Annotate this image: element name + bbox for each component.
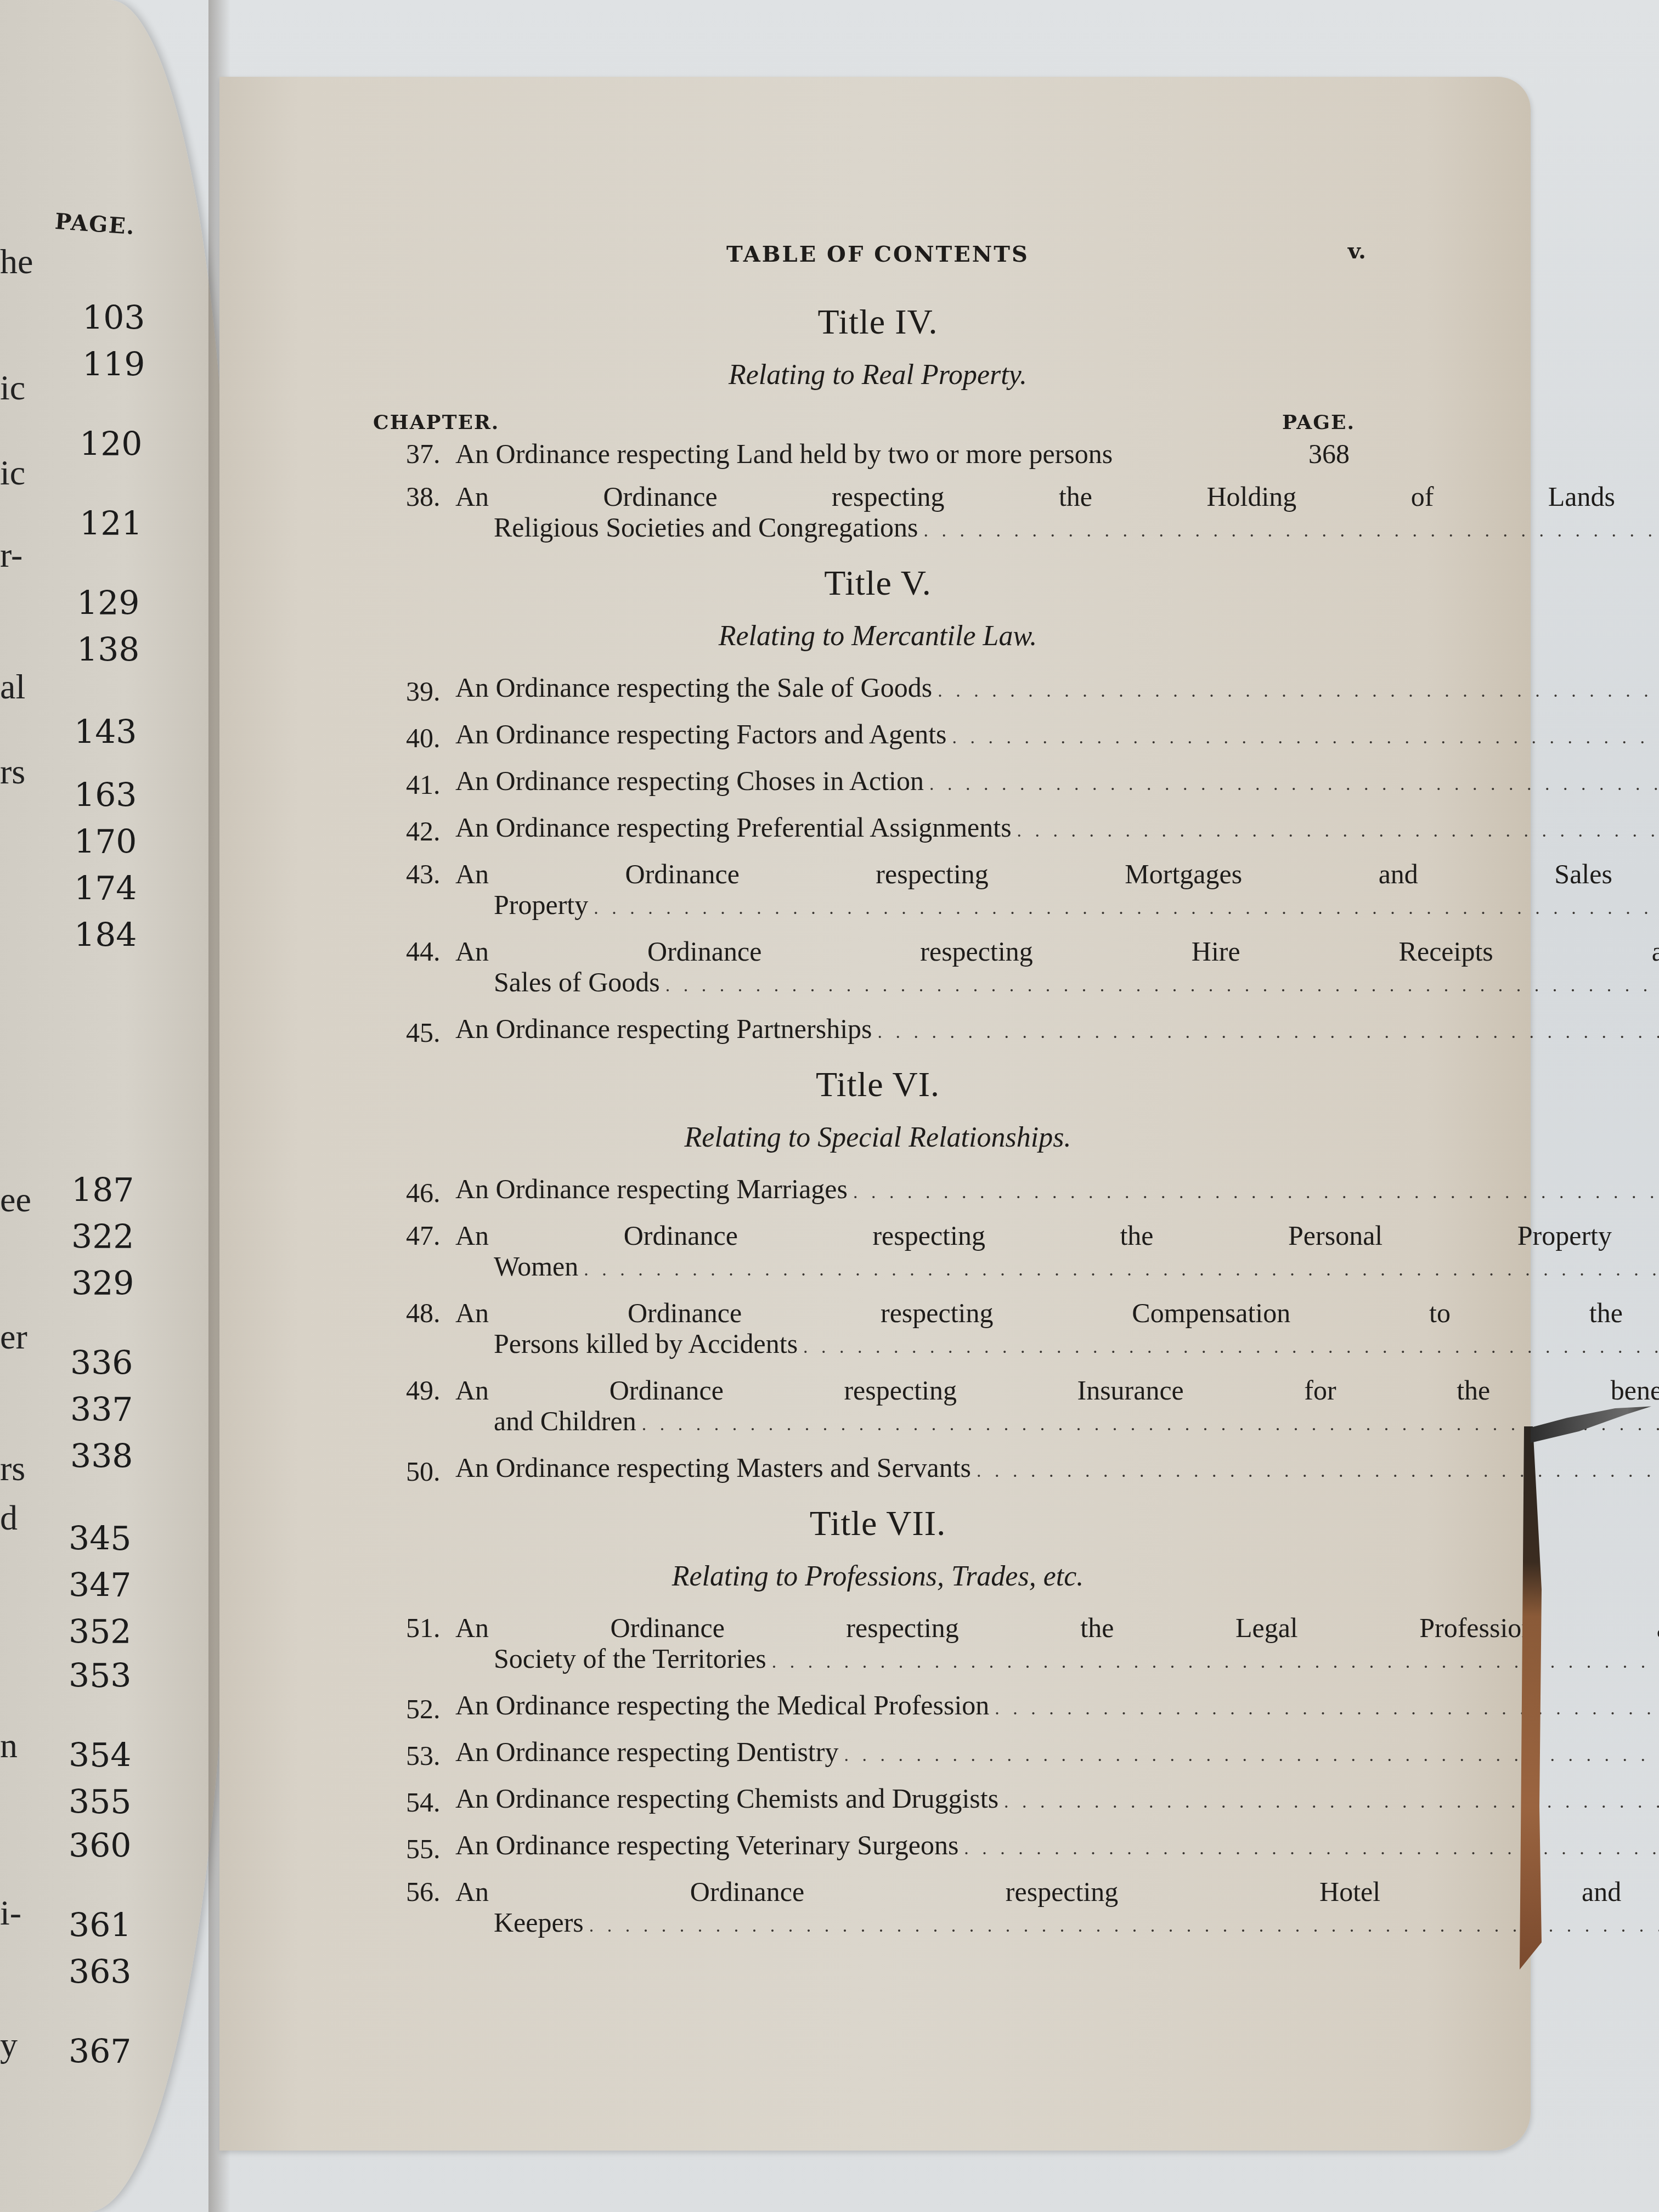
page-number: 143 [74,713,137,752]
toc-entry: 50. An Ordinance respecting Masters and … [406,1452,1350,1487]
line-fragment: er [0,1317,27,1357]
page-number: 170 [74,823,137,861]
line-fragment: rs [0,1448,25,1489]
toc-entry: 44. An Ordinance respecting Hire Receipt… [406,936,1350,1001]
title-section: Title V. Relating to Mercantile Law. [406,563,1350,652]
title-section: Title IV. Relating to Real Property. [406,302,1350,391]
page-number: 360 [69,1827,132,1865]
entry-title-continued: Keepers [494,1907,584,1938]
line-fragment: y [0,2024,18,2065]
toc-entry: 51. An Ordinance respecting the Legal Pr… [406,1612,1350,1678]
chapter-number: 44. [406,936,455,967]
page-number: 138 [77,631,140,669]
dot-leader [584,1255,1659,1285]
chapter-number: 45. [406,1017,455,1048]
page-number: 184 [74,916,137,955]
chapter-column-head: CHAPTER. [373,411,499,434]
entry-title: An Ordinance respecting the Medical Prof… [455,1690,989,1720]
dot-leader [995,1694,1659,1724]
toc-content: TABLE OF CONTENTS v. Title IV. Relating … [406,241,1350,1954]
chapter-number: 42. [406,816,455,847]
toc-entry: 54. An Ordinance respecting Chemists and… [406,1783,1350,1818]
page-number: 103 [82,299,145,337]
dot-leader [1017,816,1659,847]
toc-entry: 37. An Ordinance respecting Land held by… [406,438,1350,469]
dot-leader [665,970,1659,1001]
dot-leader [589,1911,1659,1942]
chapter-number: 48. [406,1297,455,1328]
entry-title-continued: and Children [494,1406,636,1436]
page-column-head: PAGE. [1282,411,1355,434]
line-fragment: ic [0,368,25,408]
entry-title: An Ordinance respecting Mortgages and Sa… [455,859,1659,889]
dot-leader [924,516,1659,546]
page-number: 121 [80,505,143,543]
page-number: 347 [69,1566,132,1605]
line-fragment: d [0,1498,18,1538]
toc-entry: 52. An Ordinance respecting the Medical … [406,1690,1350,1724]
entry-title: An Ordinance respecting Land held by two… [455,438,1113,469]
title-section: Title VII. Relating to Professions, Trad… [406,1503,1350,1593]
chapter-number: 46. [406,1177,455,1208]
chapter-number: 56. [406,1876,455,1907]
entry-title: An Ordinance respecting the Sale of Good… [455,672,932,703]
folio-number: v. [1348,238,1366,264]
left-page-column-head: PAGE. [54,208,137,240]
entry-title: An Ordinance respecting Hire Receipts an… [455,936,1659,967]
page-number: 345 [69,1520,132,1558]
chapter-number: 50. [406,1456,455,1487]
page-number: 336 [70,1344,133,1383]
dot-leader [938,676,1659,707]
chapter-number: 51. [406,1612,455,1643]
toc-entry: 39. An Ordinance respecting the Sale of … [406,672,1350,707]
entry-title: An Ordinance respecting Partnerships [455,1013,872,1044]
toc-entry: 42. An Ordinance respecting Preferential… [406,812,1350,847]
entry-title: An Ordinance respecting Preferential Ass… [455,812,1012,843]
page-number: 119 [82,346,145,384]
line-fragment: ic [0,453,25,493]
entry-page: 368 [1284,438,1350,469]
page-number: 120 [80,425,143,464]
title-subheading: Relating to Real Property. [406,359,1350,391]
page-number: 352 [69,1613,132,1651]
chapter-number: 55. [406,1833,455,1864]
entry-title: An Ordinance respecting the Legal Profes… [455,1612,1659,1643]
title-section: Title VI. Relating to Special Relationsh… [406,1064,1350,1154]
dot-leader [1004,1787,1659,1818]
right-page: TABLE OF CONTENTS v. Title IV. Relating … [219,77,1531,2151]
entry-title-continued: Women [494,1251,578,1282]
dot-leader [952,723,1659,753]
page-number: 337 [70,1391,133,1429]
entry-title-continued: Persons killed by Accidents [494,1328,798,1359]
chapter-number: 47. [406,1220,455,1251]
entry-title: An Ordinance respecting Compensation to … [455,1297,1659,1328]
entry-title-continued: Religious Societies and Congregations [494,512,918,543]
entry-title: An Ordinance respecting Factors and Agen… [455,719,947,749]
page-number: 354 [69,1736,132,1775]
entry-title: An Ordinance respecting the Personal Pro… [455,1220,1659,1251]
title-heading: Title IV. [406,302,1350,342]
page-number: 129 [77,584,140,623]
chapter-number: 37. [406,438,455,469]
entry-title-continued: Society of the Territories [494,1643,766,1674]
chapter-number: 43. [406,859,455,889]
line-fragment: i- [0,1893,21,1933]
dot-leader [853,1177,1659,1208]
toc-entry: 38. An Ordinance respecting the Holding … [406,481,1350,546]
page-number: 353 [69,1657,132,1695]
page-number: 363 [69,1953,132,1991]
page-number: 338 [70,1437,133,1476]
column-headers: CHAPTER. PAGE. [406,411,1350,434]
page-number: 163 [74,776,137,815]
entry-title: An Ordinance respecting Choses in Action [455,765,924,796]
chapter-number: 38. [406,481,455,512]
page-number: 329 [71,1265,134,1303]
dot-leader [964,1833,1659,1864]
dot-leader [878,1017,1659,1048]
entry-title: An Ordinance respecting Insurance for th… [455,1375,1659,1406]
toc-entry: 41. An Ordinance respecting Choses in Ac… [406,765,1350,800]
chapter-number: 52. [406,1694,455,1724]
toc-entry: 53. An Ordinance respecting Dentistry 45… [406,1736,1350,1771]
entry-title: An Ordinance respecting Hotel and Boardi… [455,1876,1659,1907]
page-number: 174 [74,870,137,908]
title-subheading: Relating to Special Relationships. [406,1121,1350,1154]
line-fragment: rs [0,752,25,792]
toc-entry: 40. An Ordinance respecting Factors and … [406,719,1350,753]
page-number: 361 [69,1906,132,1945]
running-head: TABLE OF CONTENTS v. [406,241,1350,285]
dot-leader [977,1456,1659,1487]
title-subheading: Relating to Mercantile Law. [406,620,1350,652]
entry-title: An Ordinance respecting Chemists and Dru… [455,1783,998,1814]
entry-title: An Ordinance respecting the Holding of L… [455,481,1659,512]
entry-title-continued: Property [494,889,588,920]
chapter-number: 41. [406,769,455,800]
chapter-number: 54. [406,1787,455,1818]
dot-leader [929,769,1659,800]
toc-entry: 43. An Ordinance respecting Mortgages an… [406,859,1350,924]
dot-leader [803,1332,1659,1363]
page-number: 187 [71,1171,134,1210]
entry-title: An Ordinance respecting Veterinary Surge… [455,1830,958,1860]
dot-leader [642,1409,1659,1440]
page-number: 367 [69,2033,132,2071]
line-fragment: r- [0,535,22,575]
toc-entry: 45. An Ordinance respecting Partnerships… [406,1013,1350,1048]
title-heading: Title V. [406,563,1350,603]
title-heading: Title VII. [406,1503,1350,1544]
title-heading: Title VI. [406,1064,1350,1105]
chapter-number: 53. [406,1740,455,1771]
toc-entry: 49. An Ordinance respecting Insurance fo… [406,1375,1350,1440]
dot-leader [594,893,1659,924]
running-head-title: TABLE OF CONTENTS [406,241,1350,267]
left-page: PAGE. he ic ic r- al rs ee er rs d n i- … [0,0,230,2212]
toc-entry: 55. An Ordinance respecting Veterinary S… [406,1830,1350,1864]
line-fragment: n [0,1725,18,1766]
entry-title: An Ordinance respecting Masters and Serv… [455,1452,971,1483]
line-fragment: he [0,241,33,282]
page-number: 322 [71,1218,134,1256]
page-number: 355 [69,1783,132,1821]
toc-entry: 48. An Ordinance respecting Compensation… [406,1297,1350,1363]
chapter-number: 49. [406,1375,455,1406]
chapter-number: 40. [406,723,455,753]
toc-entry: 46. An Ordinance respecting Marriages 41… [406,1173,1350,1208]
entry-title: An Ordinance respecting Marriages [455,1173,848,1204]
title-subheading: Relating to Professions, Trades, etc. [406,1560,1350,1593]
toc-entry: 56. An Ordinance respecting Hotel and Bo… [406,1876,1350,1942]
line-fragment: al [0,667,25,707]
chapter-number: 39. [406,676,455,707]
entry-title-continued: Sales of Goods [494,967,660,997]
toc-entry: 47. An Ordinance respecting the Personal… [406,1220,1350,1285]
line-fragment: ee [0,1180,31,1220]
entry-title: An Ordinance respecting Dentistry [455,1736,838,1767]
